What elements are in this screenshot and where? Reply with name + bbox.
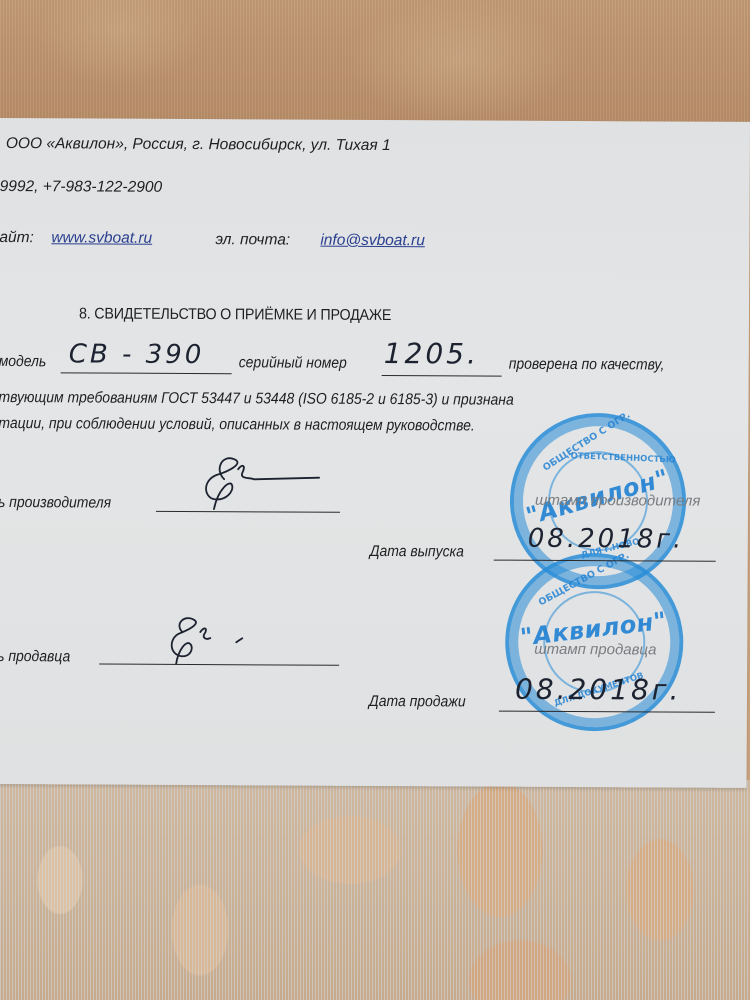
seller-signature-label: ь продавца bbox=[0, 648, 70, 666]
site-link[interactable]: www.svboat.ru bbox=[51, 229, 152, 248]
certificate-line-3: тации, при соблюдении условий, описанных… bbox=[0, 415, 475, 435]
site-label: айт: bbox=[0, 229, 34, 247]
serial-label: серийный номер bbox=[239, 354, 347, 373]
manufacturer-stamp-label: штамп производителя bbox=[535, 492, 700, 510]
manufacturer-signature bbox=[194, 449, 324, 520]
sale-date-label: Дата продажи bbox=[369, 693, 466, 712]
checked-text: проверена по качеству, bbox=[509, 356, 665, 375]
serial-value: 1205. bbox=[384, 337, 479, 370]
seller-stamp-label: штамп продавца bbox=[534, 641, 656, 659]
company-address: ООО «Аквилон», Россия, г. Новосибирск, у… bbox=[6, 135, 391, 155]
sale-date-value: 08.2018г. bbox=[515, 673, 682, 707]
model-underline bbox=[61, 372, 232, 374]
fabric-background-top bbox=[0, 0, 750, 122]
serial-underline bbox=[382, 375, 502, 377]
certificate-line-2: твующим требованиям ГОСТ 53447 и 53448 (… bbox=[0, 389, 514, 410]
fabric-background-bottom bbox=[0, 780, 750, 1000]
model-label: модель bbox=[0, 353, 46, 371]
email-label: эл. почта: bbox=[215, 231, 290, 249]
phone-numbers: 9992, +7-983-122-2900 bbox=[0, 178, 162, 197]
manufacturer-signature-label: ь производителя bbox=[0, 494, 111, 513]
release-date-label: Дата выпуска bbox=[370, 543, 464, 561]
model-value: СВ - 390 bbox=[69, 339, 205, 370]
section-title: 8. СВИДЕТЕЛЬСТВО О ПРИЁМКЕ И ПРОДАЖЕ bbox=[79, 305, 391, 325]
document-page: ООО «Аквилон», Россия, г. Новосибирск, у… bbox=[0, 118, 750, 788]
email-link[interactable]: info@svboat.ru bbox=[320, 232, 425, 251]
release-date-value: 08.2018г. bbox=[528, 524, 685, 555]
